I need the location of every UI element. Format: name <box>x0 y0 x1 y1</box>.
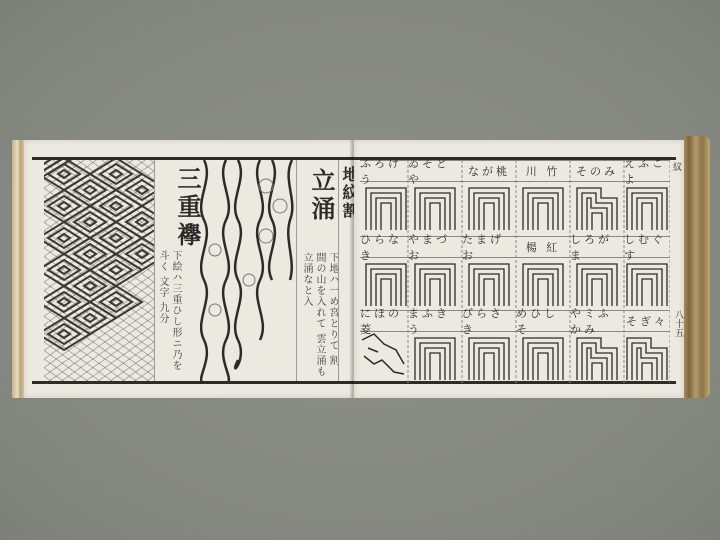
meander-pattern-samples <box>360 160 670 384</box>
column-divider <box>296 160 297 381</box>
margin-label: 紋 <box>670 162 683 171</box>
pattern-sample-grid: ふろげう ゐそどや なが桃 川 竹 そのみ えふこよ ひらなき やまづお たまげ… <box>360 160 670 384</box>
triple-diamond-pattern-illustration <box>44 160 154 384</box>
right-page: ふろげう ゐそどや なが桃 川 竹 そのみ えふこよ ひらなき やまづお たまげ… <box>354 140 684 398</box>
column-divider <box>154 160 155 381</box>
open-book: 三重襷 下絵ハ三重ひし形ニ乃を斗く 文字 九分 立涌 下地ハ一め <box>12 140 709 398</box>
section-caption-tatewaku: 下地ハ一め宮とりて 割 間の山を入れて 雲立涌も立涌なと入 <box>300 252 339 380</box>
section-title-tatewaku: 立涌 <box>304 168 339 224</box>
tatewaku-wave-pattern-illustration <box>200 160 296 384</box>
section-caption-mie-dasuki: 下絵ハ三重ひし形ニ乃を斗く 文字 九分 <box>156 250 182 380</box>
left-page: 三重襷 下絵ハ三重ひし形ニ乃を斗く 文字 九分 立涌 下地ハ一め <box>24 140 354 398</box>
book-fore-edge <box>684 136 710 398</box>
